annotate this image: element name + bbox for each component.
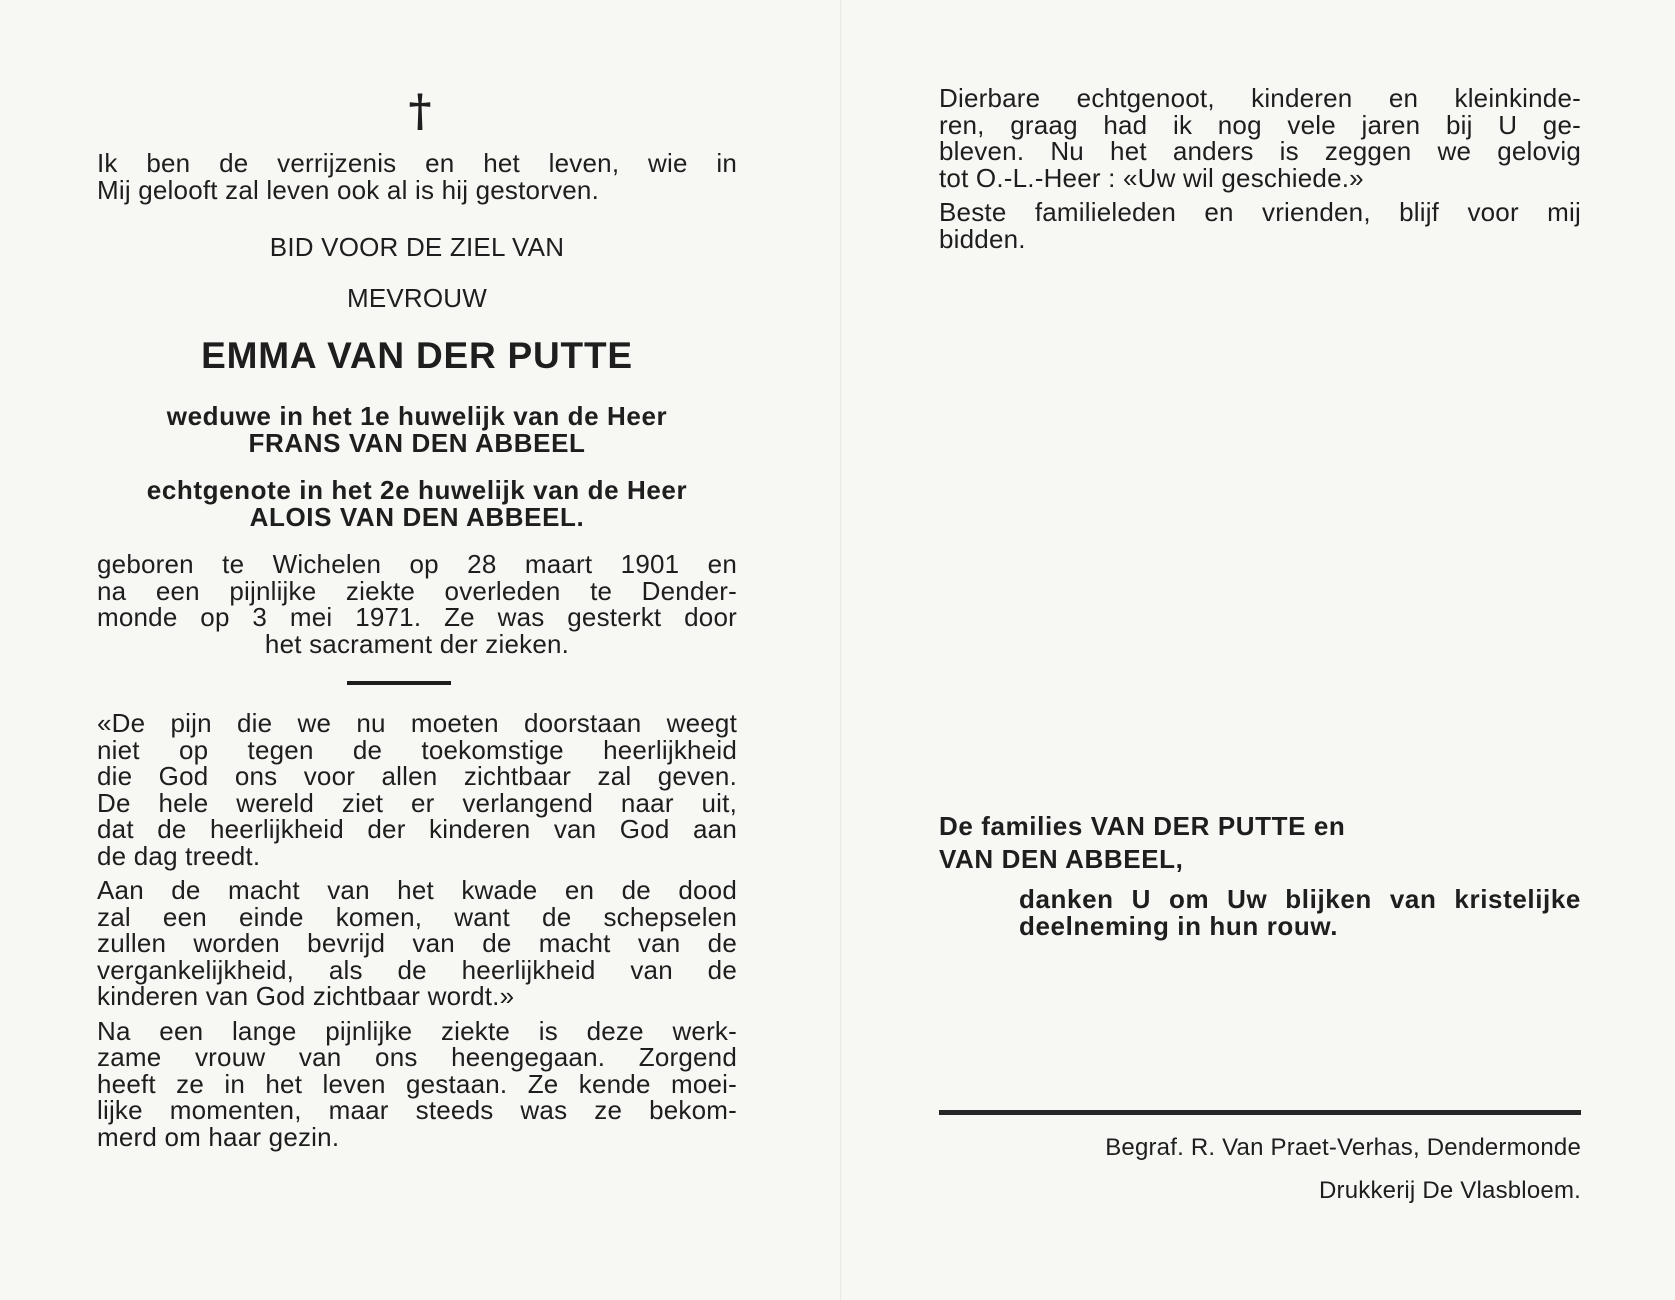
family-thanks: De families VAN DER PUTTE en VAN DEN ABB… (939, 813, 1581, 939)
quote-line: kinderen van God zichtbaar wordt.» (97, 983, 737, 1010)
printer-credit: Drukkerij De Vlasbloem. (939, 1178, 1581, 1205)
quote-line: niet op tegen de toekomstige heerlijkhei… (97, 737, 737, 764)
scripture-line: Ik ben de verrijzenis en het leven, wie … (97, 150, 737, 177)
undertaker-credit: Begraf. R. Van Praet-Verhas, Dendermonde (939, 1135, 1581, 1162)
right-panel: Dierbare echtgenoot, kinderen en kleinki… (841, 0, 1675, 1300)
second-spouse-name: ALOIS VAN DEN ABBEEL. (97, 504, 737, 531)
quote-line: De hele wereld ziet er verlangend naar u… (97, 790, 737, 817)
biography: geboren te Wichelen op 28 maart 1901 en … (97, 551, 737, 657)
divider (97, 681, 737, 685)
quote-line: dat de heerlijkheid der kinderen van God… (97, 816, 737, 843)
remembrance-paragraph: Na een lange pijnlijke ziekte is deze we… (97, 1018, 737, 1151)
families-line: De families VAN DER PUTTE en (939, 813, 1581, 840)
first-marriage-line: weduwe in het 1e huwelijk van de Heer (97, 403, 737, 430)
first-spouse-name: FRANS VAN DEN ABBEEL (97, 430, 737, 457)
farewell-line: Beste familieleden en vrienden, blijf vo… (939, 199, 1581, 226)
quote-paragraph: Aan de macht van het kwade en de dood za… (97, 877, 737, 1010)
biography-line: het sacrament der zieken. (97, 631, 737, 658)
quote-line: vergankelijkheid, als de heerlijkheid va… (97, 957, 737, 984)
first-marriage: weduwe in het 1e huwelijk van de Heer FR… (97, 403, 737, 456)
farewell-paragraph: Beste familieleden en vrienden, blijf vo… (939, 199, 1581, 252)
remembrance-line: merd om haar gezin. (97, 1124, 737, 1151)
cross-icon: † (0, 90, 840, 134)
credits: Begraf. R. Van Praet-Verhas, Dendermonde… (939, 1135, 1581, 1204)
quote-line: «De pijn die we nu moeten doorstaan weeg… (97, 710, 737, 737)
scripture-verse: Ik ben de verrijzenis en het leven, wie … (97, 150, 737, 203)
families-line: VAN DEN ABBEEL, (939, 846, 1581, 873)
remembrance-line: heeft ze in het leven gestaan. Ze kende … (97, 1071, 737, 1098)
quote-line: zullen worden bevrijd van de macht van d… (97, 930, 737, 957)
memorial-card: † Ik ben de verrijzenis en het leven, wi… (0, 0, 1675, 1300)
second-marriage: echtgenote in het 2e huwelijk van de Hee… (97, 477, 737, 530)
quote-line: die God ons voor allen zichtbaar zal gev… (97, 763, 737, 790)
quote-line: de dag treedt. (97, 843, 737, 870)
biography-line: geboren te Wichelen op 28 maart 1901 en (97, 551, 737, 578)
second-marriage-line: echtgenote in het 2e huwelijk van de Hee… (97, 477, 737, 504)
remembrance-line: zame vrouw van ons heengegaan. Zorgend (97, 1044, 737, 1071)
deceased-name: EMMA VAN DER PUTTE (97, 335, 737, 377)
farewell-line: Dierbare echtgenoot, kinderen en kleinki… (939, 85, 1581, 112)
farewell-line: bleven. Nu het anders is zeggen we gelov… (939, 138, 1581, 165)
bible-quote: «De pijn die we nu moeten doorstaan weeg… (97, 710, 737, 1150)
remembrance-line: lijke momenten, maar steeds was ze bekom… (97, 1097, 737, 1124)
left-panel: † Ik ben de verrijzenis en het leven, wi… (0, 0, 840, 1300)
biography-line: monde op 3 mei 1971. Ze was gesterkt doo… (97, 604, 737, 631)
thanks-message-line: danken U om Uw blijken van kristelijke (939, 886, 1581, 913)
thanks-message-line: deelneming in hun rouw. (939, 913, 1581, 940)
farewell-message: Dierbare echtgenoot, kinderen en kleinki… (939, 85, 1581, 252)
farewell-line: ren, graag had ik nog vele jaren bij U g… (939, 112, 1581, 139)
quote-line: Aan de macht van het kwade en de dood (97, 877, 737, 904)
farewell-line: tot O.-L.-Heer : «Uw wil geschiede.» (939, 165, 1581, 192)
footer-divider (939, 1110, 1581, 1115)
long-rule (939, 1110, 1581, 1115)
quote-paragraph: «De pijn die we nu moeten doorstaan weeg… (97, 710, 737, 869)
scripture-line: Mij gelooft zal leven ook al is hij gest… (97, 177, 737, 204)
farewell-line: bidden. (939, 226, 1581, 253)
biography-line: na een pijnlijke ziekte overleden te Den… (97, 578, 737, 605)
prayer-heading: BID VOOR DE ZIEL VAN (97, 234, 737, 261)
short-rule (347, 681, 451, 685)
quote-line: zal een einde komen, want de schepselen (97, 904, 737, 931)
farewell-paragraph: Dierbare echtgenoot, kinderen en kleinki… (939, 85, 1581, 191)
remembrance-line: Na een lange pijnlijke ziekte is deze we… (97, 1018, 737, 1045)
honorific-title: MEVROUW (97, 285, 737, 312)
